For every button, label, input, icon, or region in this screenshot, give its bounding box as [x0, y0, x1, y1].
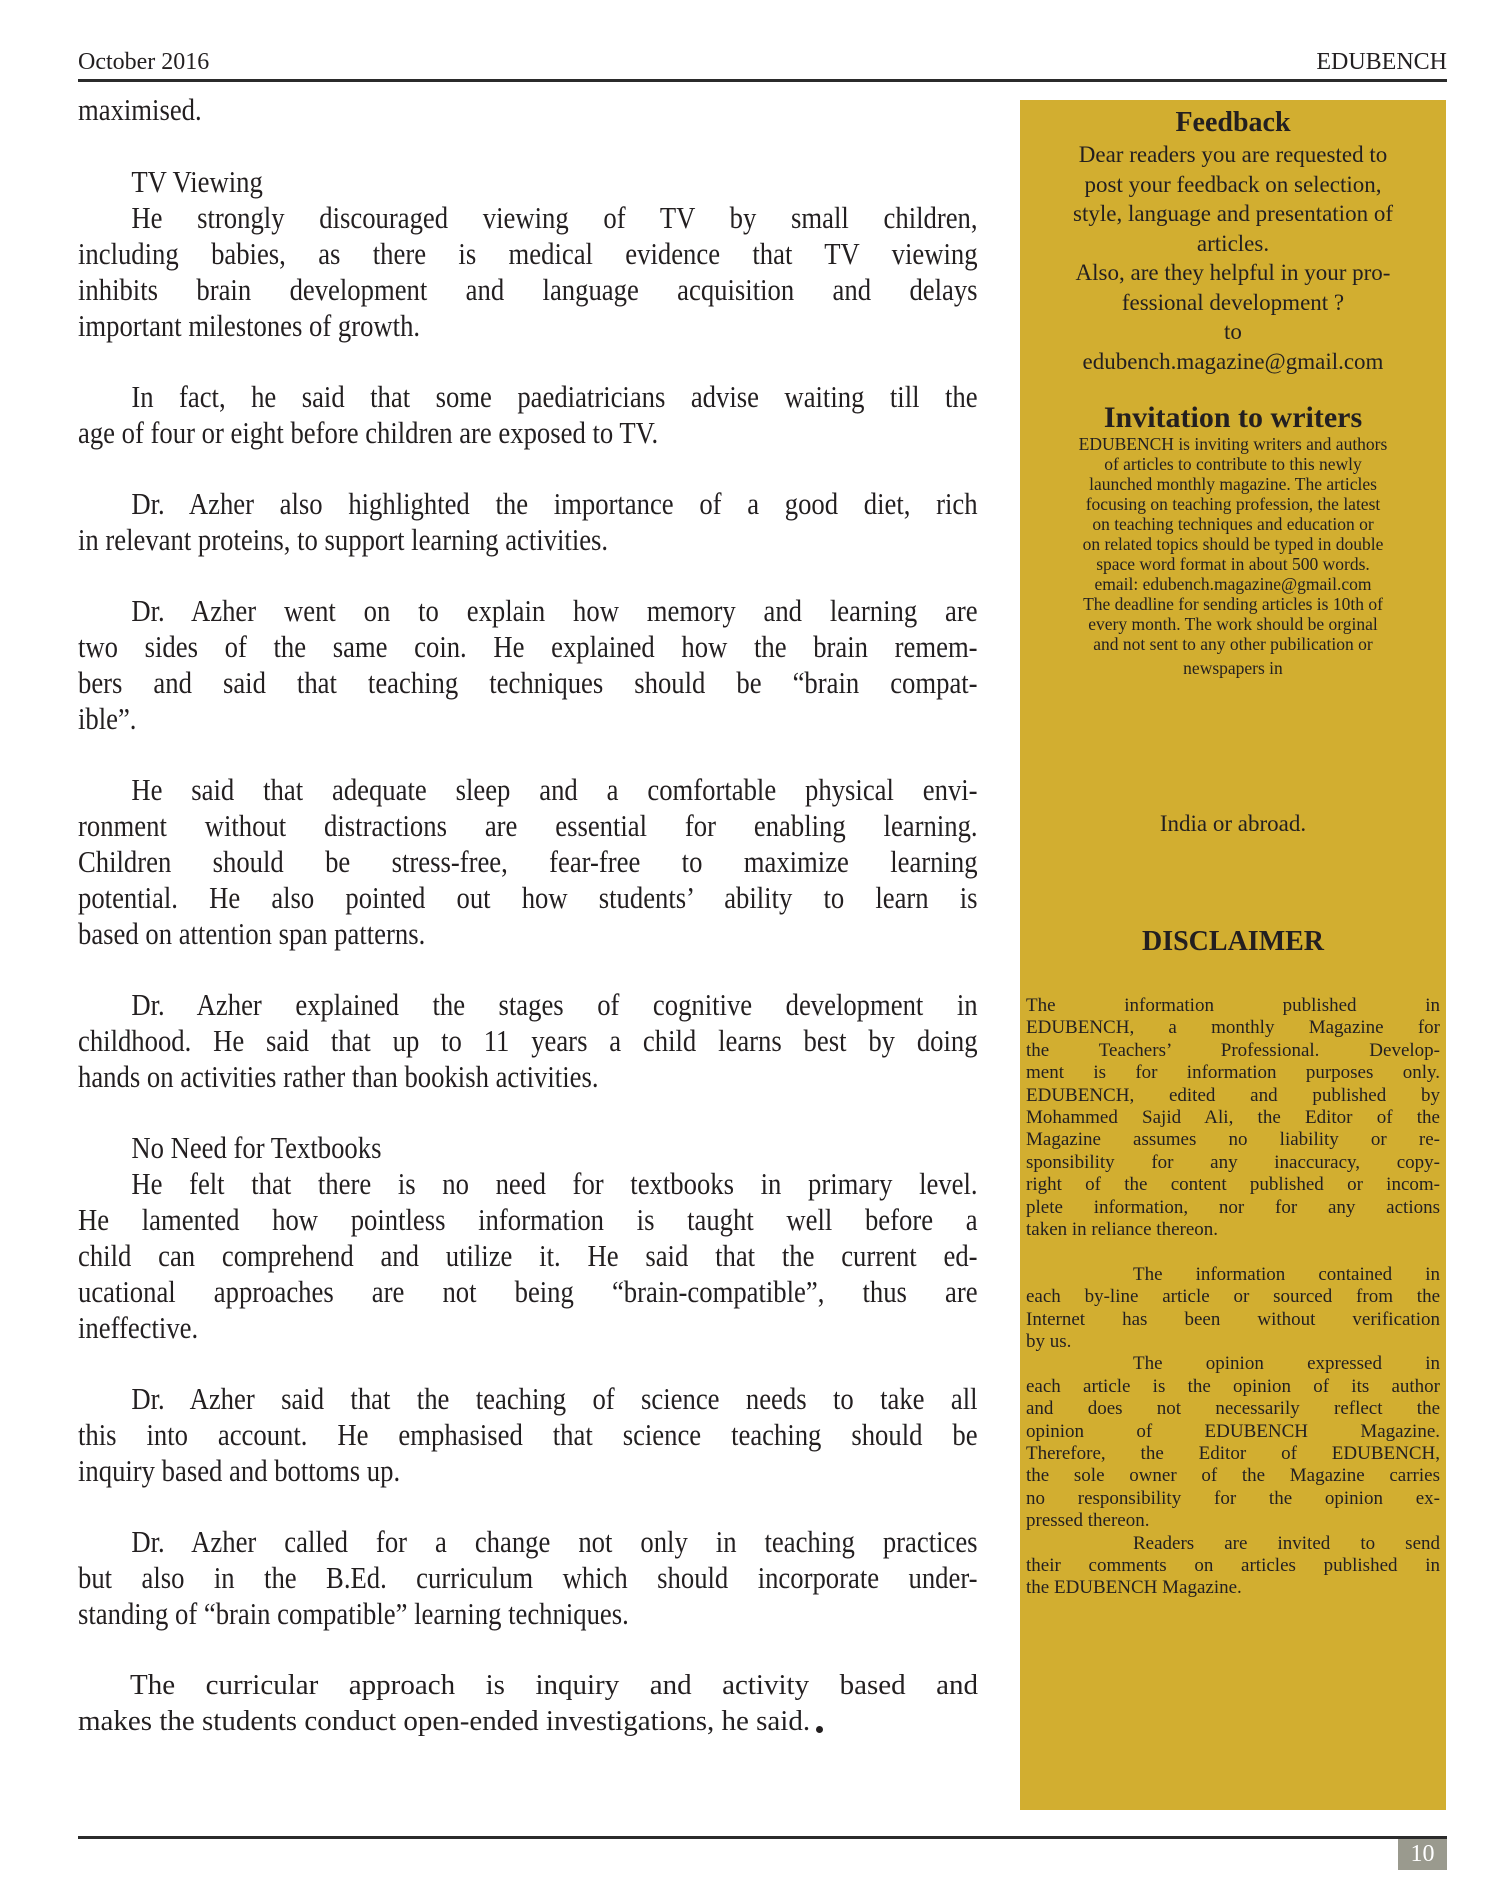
feedback-title: Feedback [1020, 106, 1446, 140]
article-line: He lamented how pointless information is… [78, 1202, 978, 1238]
article-line: He strongly discouraged viewing of TV by… [78, 200, 978, 236]
disclaimer-line: taken in reliance thereon. [1026, 1219, 1440, 1241]
disclaimer-line: no responsibility for the opinion ex- [1026, 1488, 1440, 1510]
article-line: in relevant proteins, to support learnin… [78, 522, 978, 558]
disclaimer-line: each by-line article or sourced from the [1026, 1286, 1440, 1308]
invitation-line: on teaching techniques and education or [1026, 514, 1440, 534]
disclaimer-line: right of the content published or incom- [1026, 1174, 1440, 1196]
article-line: Dr. Azher explained the stages of cognit… [78, 987, 978, 1023]
disclaimer-line: Magazine assumes no liability or re- [1026, 1129, 1440, 1151]
article-line: inquiry based and bottoms up. [78, 1453, 978, 1489]
disclaimer-line: The information contained in [1026, 1264, 1440, 1286]
article-line: Dr. Azher called for a change not only i… [78, 1524, 978, 1560]
article-line: two sides of the same coin. He explained… [78, 629, 978, 665]
disclaimer-line: each article is the opinion of its autho… [1026, 1376, 1440, 1398]
issue-date: October 2016 [78, 48, 209, 76]
article-line: including babies, as there is medical ev… [78, 236, 978, 272]
article-closing-line-1: The curricular approach is inquiry and a… [78, 1667, 978, 1703]
invitation-line: launched monthly magazine. The articles [1026, 474, 1440, 494]
disclaimer-line: EDUBENCH, edited and published by [1026, 1085, 1440, 1107]
article-line: ronment without distractions are essenti… [78, 808, 978, 844]
article-line: TV Viewing [78, 164, 978, 200]
article-line: but also in the B.Ed. curriculum which s… [78, 1560, 978, 1596]
magazine-name: EDUBENCH [1316, 48, 1447, 76]
invitation-line: space word format in about 500 words. [1026, 554, 1440, 574]
article-line: Dr. Azher also highlighted the importanc… [78, 486, 978, 522]
article-line: He said that adequate sleep and a comfor… [78, 772, 978, 808]
sidebar-panel: Feedback Dear readers you are requested … [1020, 100, 1446, 1810]
disclaimer-line: Mohammed Sajid Ali, the Editor of the [1026, 1107, 1440, 1129]
disclaimer-title: DISCLAIMER [1020, 925, 1446, 959]
disclaimer-line: the Teachers’ Professional. Develop- [1026, 1040, 1440, 1062]
disclaimer-line: Readers are invited to send [1026, 1533, 1440, 1555]
invitation-line: newspapers in [1026, 658, 1440, 678]
article-line: Dr. Azher went on to explain how memory … [78, 593, 978, 629]
disclaimer-line: sponsibility for any inaccuracy, copy- [1026, 1152, 1440, 1174]
disclaimer-line: EDUBENCH, a monthly Magazine for [1026, 1017, 1440, 1039]
header-rule [78, 79, 1447, 82]
article-line: potential. He also pointed out how stude… [78, 880, 978, 916]
invitation-line: email: edubench.magazine@gmail.com [1026, 574, 1440, 594]
page-number: 10 [1398, 1839, 1447, 1870]
article-line: standing of “brain compatible” learning … [78, 1596, 978, 1632]
article-line: ible”. [78, 701, 978, 737]
feedback-line: Also, are they helpful in your pro- [1026, 258, 1440, 287]
invitation-line: and not sent to any other pubilication o… [1026, 634, 1440, 654]
article-line: Dr. Azher said that the teaching of scie… [78, 1381, 978, 1417]
footer-rule [78, 1836, 1447, 1839]
bullet-icon [816, 1726, 823, 1733]
article-line: He felt that there is no need for textbo… [78, 1166, 978, 1202]
disclaimer-line: by us. [1026, 1331, 1440, 1353]
disclaimer-line: The opinion expressed in [1026, 1353, 1440, 1375]
disclaimer-line: ment is for information purposes only. [1026, 1062, 1440, 1084]
invitation-line: focusing on teaching profession, the lat… [1026, 494, 1440, 514]
article-line: childhood. He said that up to 11 years a… [78, 1023, 978, 1059]
invitation-line: on related topics should be typed in dou… [1026, 534, 1440, 554]
feedback-line: to [1026, 317, 1440, 346]
article-line: Children should be stress-free, fear-fre… [78, 844, 978, 880]
invitation-line: every month. The work should be orginal [1026, 614, 1440, 634]
feedback-line: style, language and presentation of [1026, 199, 1440, 228]
invitation-line: EDUBENCH is inviting writers and authors [1026, 434, 1440, 454]
feedback-line: post your feedback on selection, [1026, 170, 1440, 199]
article-closing-text: makes the students conduct open-ended in… [78, 1705, 810, 1737]
invitation-line: The deadline for sending articles is 10t… [1026, 594, 1440, 614]
disclaimer-line: the sole owner of the Magazine carries [1026, 1465, 1440, 1487]
disclaimer-line: Internet has been without verification [1026, 1309, 1440, 1331]
article-line: ineffective. [78, 1310, 978, 1346]
disclaimer-line: their comments on articles published in [1026, 1555, 1440, 1577]
disclaimer-line: opinion of EDUBENCH Magazine. [1026, 1421, 1440, 1443]
feedback-line: fessional development ? [1026, 288, 1440, 317]
disclaimer-line: the EDUBENCH Magazine. [1026, 1577, 1440, 1599]
feedback-email: edubench.magazine@gmail.com [1026, 347, 1440, 376]
article-line: hands on activities rather than bookish … [78, 1059, 978, 1095]
article-line: inhibits brain development and language … [78, 272, 978, 308]
invitation-closing: India or abroad. [1026, 810, 1440, 838]
disclaimer-line: plete information, nor for any actions [1026, 1197, 1440, 1219]
article-line: important milestones of growth. [78, 308, 978, 344]
disclaimer-line: and does not necessarily reflect the [1026, 1398, 1440, 1420]
disclaimer-line: The information published in [1026, 995, 1440, 1017]
article-line: maximised. [78, 92, 978, 128]
article-line: In fact, he said that some paediatrician… [78, 379, 978, 415]
invitation-line: of articles to contribute to this newly [1026, 454, 1440, 474]
article-line: bers and said that teaching techniques s… [78, 665, 978, 701]
article-line: ucational approaches are not being “brai… [78, 1274, 978, 1310]
disclaimer-line: Therefore, the Editor of EDUBENCH, [1026, 1443, 1440, 1465]
feedback-line: articles. [1026, 229, 1440, 258]
feedback-line: Dear readers you are requested to [1026, 140, 1440, 169]
article-line: based on attention span patterns. [78, 916, 978, 952]
article-line: child can comprehend and utilize it. He … [78, 1238, 978, 1274]
invitation-title: Invitation to writers [1020, 400, 1446, 436]
article-line: this into account. He emphasised that sc… [78, 1417, 978, 1453]
disclaimer-line: pressed thereon. [1026, 1510, 1440, 1532]
article-closing-line-2: makes the students conduct open-ended in… [78, 1703, 978, 1739]
article-line: No Need for Textbooks [78, 1130, 978, 1166]
article-line: age of four or eight before children are… [78, 415, 978, 451]
